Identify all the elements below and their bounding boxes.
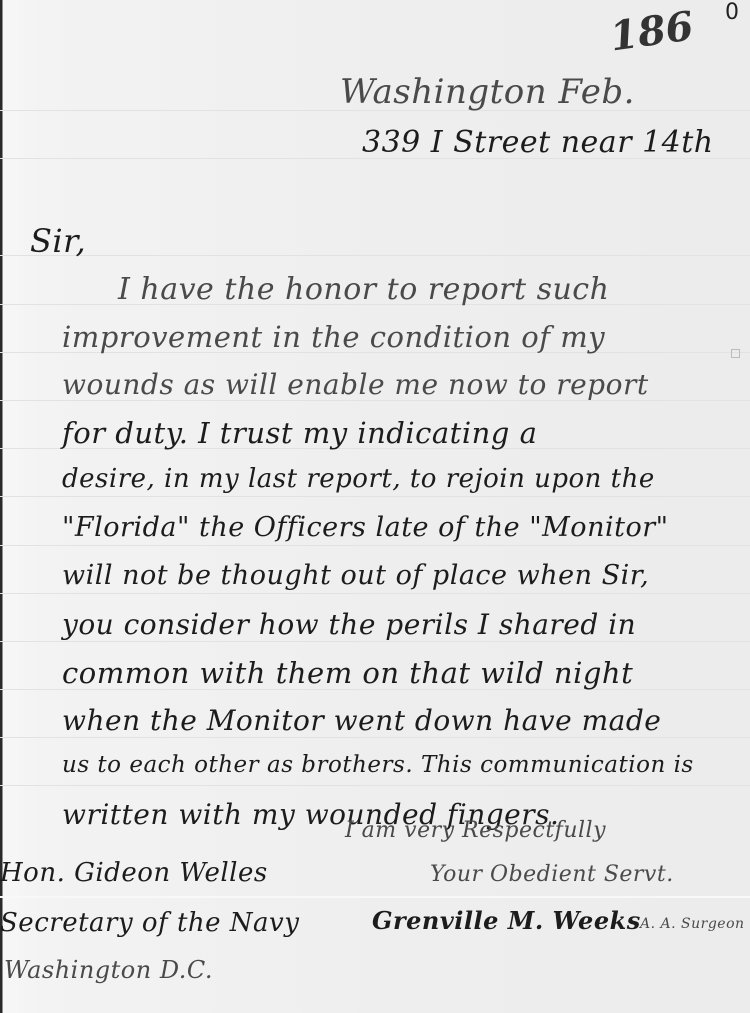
body-line: desire, in my last report, to rejoin upo… [62, 464, 655, 494]
addressee-title: Secretary of the Navy [0, 908, 299, 938]
body-line: improvement in the condition of my [62, 320, 605, 354]
ruled-line [0, 785, 750, 786]
ruled-line [0, 496, 750, 497]
addressee-name: Hon. Gideon Welles [0, 858, 268, 888]
ruled-line [0, 545, 750, 546]
ruled-line [0, 896, 750, 898]
body-line: common with them on that wild night [62, 656, 633, 690]
signature-title: A. A. Surgeon [640, 916, 745, 932]
body-line: wounds as will enable me now to report [62, 368, 649, 401]
body-line: I have the honor to report such [118, 272, 609, 307]
letter-page: 186 0 Washington Feb. 339 I Street near … [0, 0, 750, 1013]
corner-mark: 0 [725, 0, 739, 25]
body-line: you consider how the perils I shared in [62, 608, 636, 641]
signature: Grenville M. Weeks [372, 906, 641, 935]
ruled-line [0, 255, 750, 256]
body-line: for duty. I trust my indicating a [62, 416, 537, 450]
heading-place-date: Washington Feb. [340, 72, 635, 112]
body-line: when the Monitor went down have made [62, 704, 661, 737]
heading-address: 339 I Street near 14th [362, 125, 714, 160]
archive-number: 186 [607, 2, 696, 60]
closing-line-2: Your Obedient Servt. [430, 862, 674, 887]
ruled-line [0, 641, 750, 642]
closing-line-1: I am very Respectfully [345, 818, 606, 843]
margin-box [731, 349, 740, 358]
ruled-line [0, 593, 750, 594]
addressee-location: Washington D.C. [4, 956, 213, 984]
body-line: us to each other as brothers. This commu… [62, 752, 694, 778]
ruled-line [0, 737, 750, 738]
salutation: Sir, [30, 222, 86, 260]
body-line: will not be thought out of place when Si… [62, 560, 649, 591]
body-line: "Florida" the Officers late of the "Moni… [62, 512, 669, 543]
